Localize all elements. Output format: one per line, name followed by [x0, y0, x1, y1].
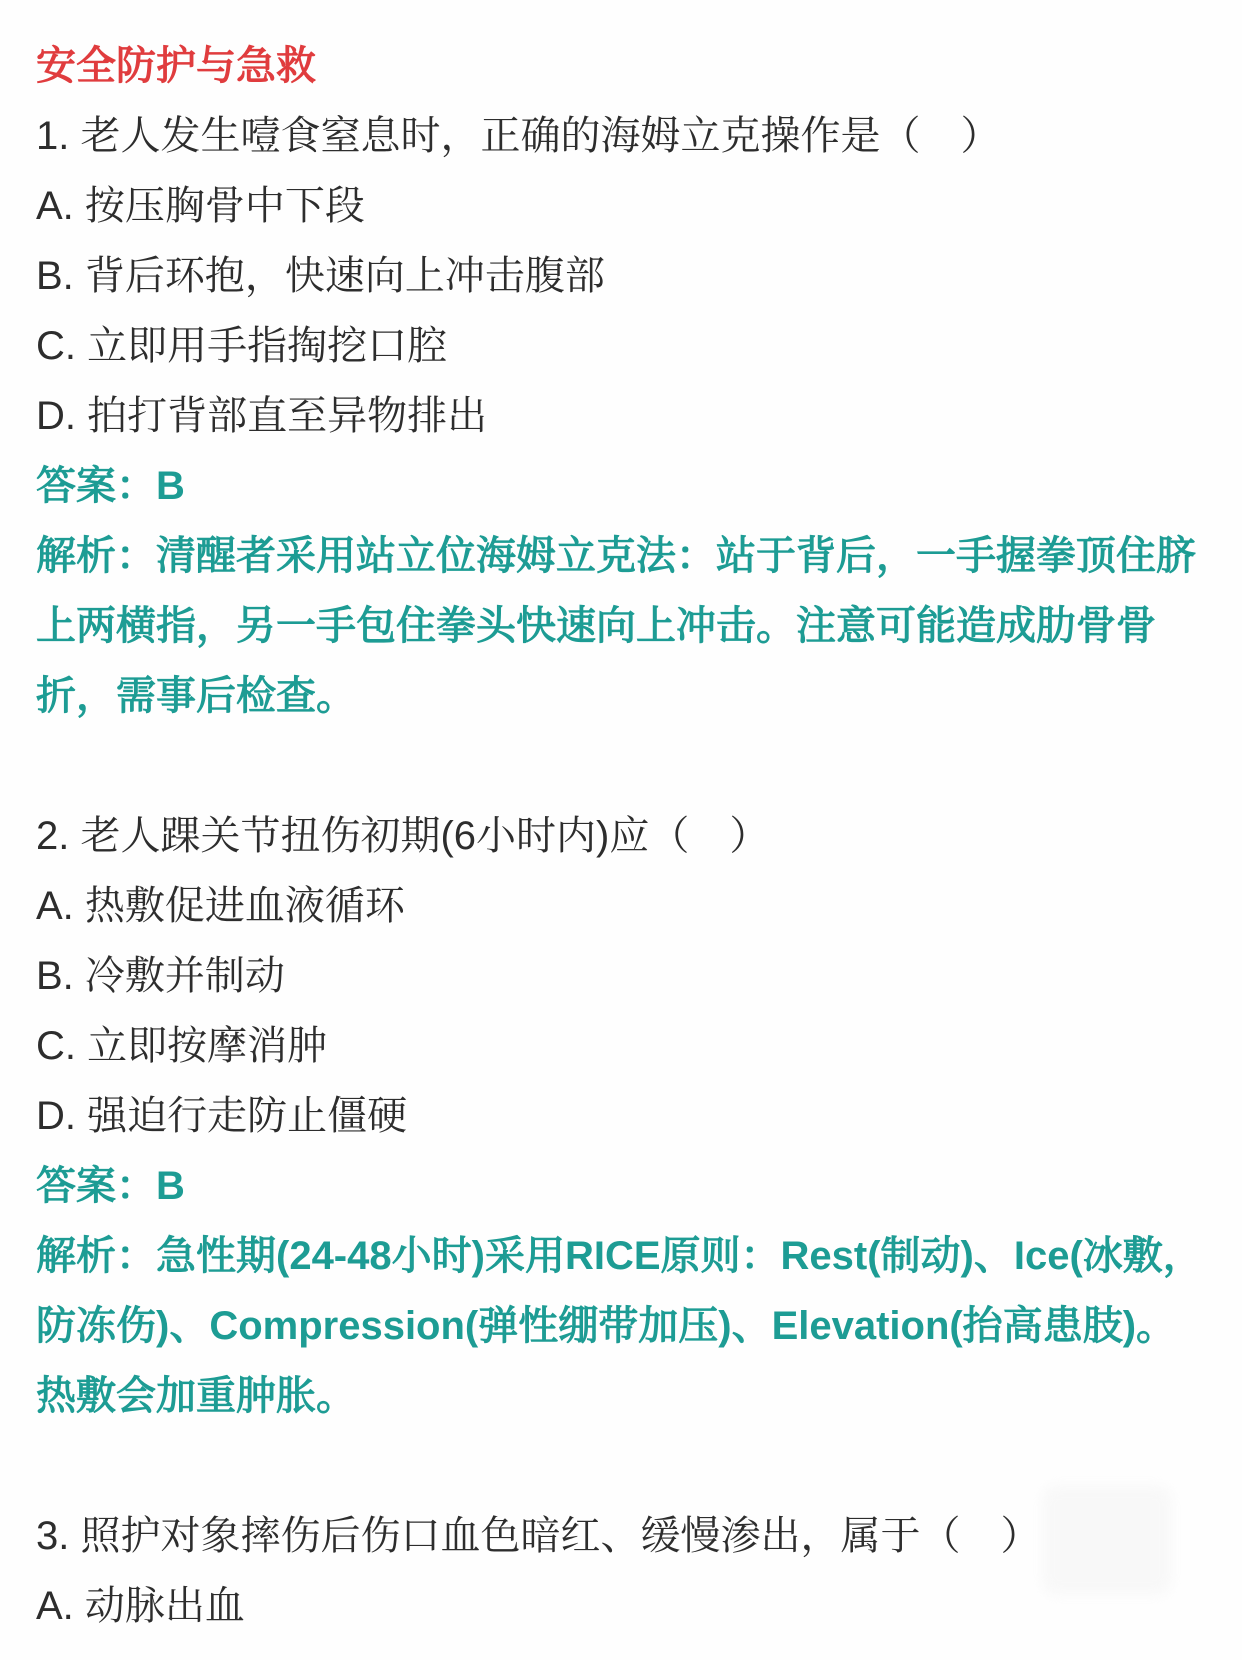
question-1-explanation: 解析：清醒者采用站立位海姆立克法：站于背后，一手握拳顶住脐上两横指，另一手包住拳… — [36, 521, 1209, 731]
question-1-option-b: B. 背后环抱，快速向上冲击腹部 — [36, 241, 1209, 311]
question-2-stem: 2. 老人踝关节扭伤初期(6小时内)应（ ） — [36, 801, 1209, 871]
faint-watermark — [1042, 1485, 1172, 1595]
section-title: 安全防护与急救 — [36, 31, 1209, 101]
question-1-option-a: A. 按压胸骨中下段 — [36, 171, 1209, 241]
question-3-stem: 3. 照护对象摔伤后伤口血色暗红、缓慢渗出，属于（ ） — [36, 1501, 1209, 1571]
quiz-document-page: 安全防护与急救 1. 老人发生噎食窒息时，正确的海姆立克操作是（ ） A. 按压… — [0, 0, 1242, 1660]
question-1-answer: 答案：B — [36, 451, 1209, 521]
question-3-option-a: A. 动脉出血 — [36, 1571, 1209, 1641]
question-2-answer: 答案：B — [36, 1151, 1209, 1221]
question-2-option-d: D. 强迫行走防止僵硬 — [36, 1081, 1209, 1151]
question-2-option-c: C. 立即按摩消肿 — [36, 1011, 1209, 1081]
question-block-3: 3. 照护对象摔伤后伤口血色暗红、缓慢渗出，属于（ ） A. 动脉出血 — [36, 1501, 1209, 1641]
question-1-stem: 1. 老人发生噎食窒息时，正确的海姆立克操作是（ ） — [36, 101, 1209, 171]
question-2-option-a: A. 热敷促进血液循环 — [36, 871, 1209, 941]
question-block-1: 1. 老人发生噎食窒息时，正确的海姆立克操作是（ ） A. 按压胸骨中下段 B.… — [36, 101, 1209, 731]
question-2-explanation: 解析：急性期(24-48小时)采用RICE原则：Rest(制动)、Ice(冰敷，… — [36, 1221, 1209, 1431]
question-1-option-d: D. 拍打背部直至异物排出 — [36, 381, 1209, 451]
question-block-2: 2. 老人踝关节扭伤初期(6小时内)应（ ） A. 热敷促进血液循环 B. 冷敷… — [36, 801, 1209, 1431]
question-2-option-b: B. 冷敷并制动 — [36, 941, 1209, 1011]
question-1-option-c: C. 立即用手指掏挖口腔 — [36, 311, 1209, 381]
